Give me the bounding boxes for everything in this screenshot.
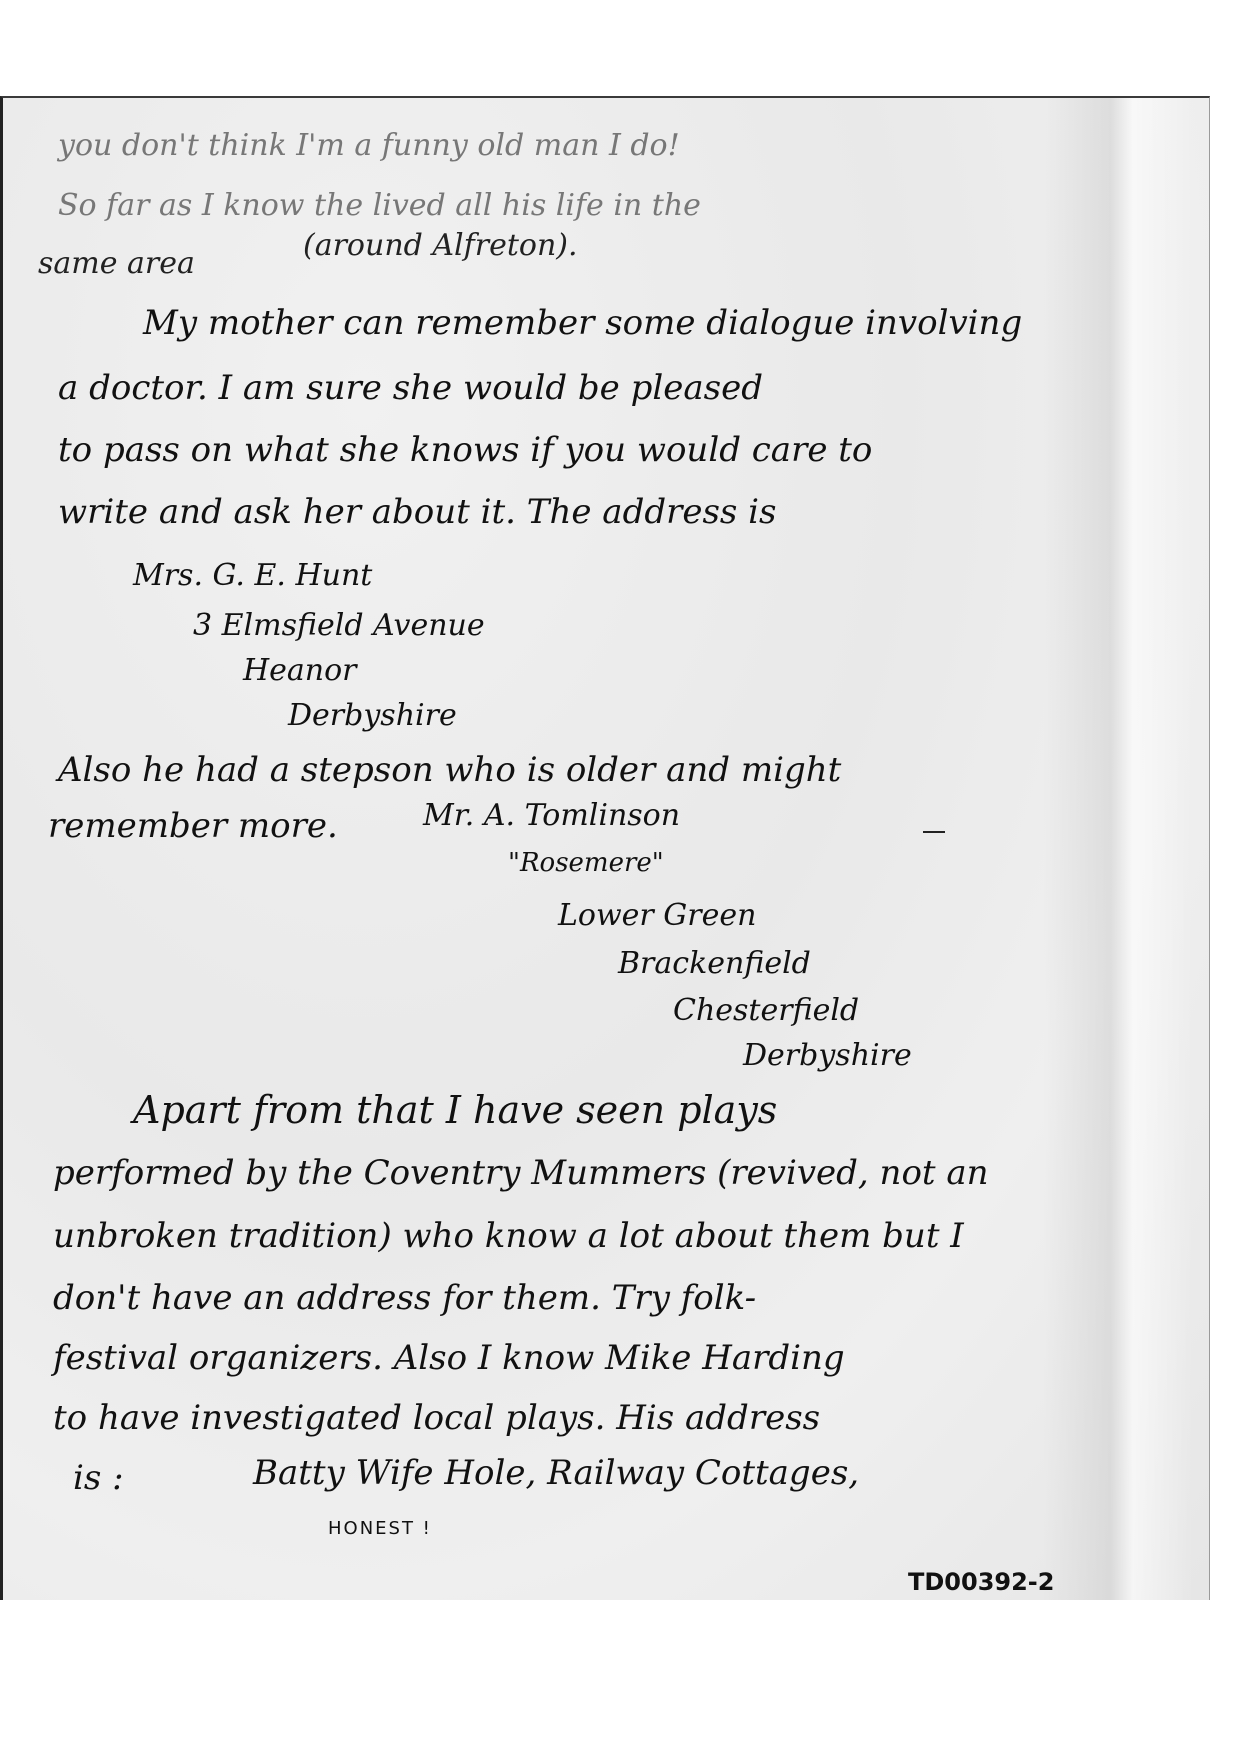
paragraph3-line-8: Batty Wife Hole, Railway Cottages,	[253, 1453, 859, 1493]
address2-name: Mr. A. Tomlinson	[423, 798, 680, 833]
honest-annotation: HONEST !	[328, 1518, 432, 1539]
paragraph3-line-7: is :	[73, 1458, 124, 1498]
address1-street: 3 Elmsfield Avenue	[193, 608, 485, 643]
address2-locality: Lower Green	[558, 898, 756, 933]
paragraph3-line-1: Apart from that I have seen plays	[133, 1088, 777, 1132]
address1-name: Mrs. G. E. Hunt	[133, 558, 372, 593]
paragraph1-line-3: to pass on what she knows if you would c…	[58, 430, 872, 470]
address1-town: Heanor	[243, 653, 357, 688]
address2-town: Chesterfield	[673, 993, 859, 1028]
paragraph3-line-2: performed by the Coventry Mummers (reviv…	[53, 1153, 989, 1193]
paragraph3-line-5: festival organizers. Also I know Mike Ha…	[53, 1338, 845, 1378]
dash-mark	[923, 831, 945, 833]
faint-line-4: (around Alfreton).	[303, 228, 578, 263]
paragraph1-line-4: write and ask her about it. The address …	[58, 492, 777, 532]
faint-line-2: So far as I know the lived all his life …	[58, 188, 701, 223]
address2-village: Brackenfield	[618, 946, 811, 981]
address2-house: "Rosemere"	[508, 848, 664, 878]
scanned-letter-page: you don't think I'm a funny old man I do…	[0, 96, 1210, 1600]
paragraph1-line-1: My mother can remember some dialogue inv…	[143, 303, 1022, 343]
paper-fold-shadow	[1043, 98, 1193, 1600]
paragraph3-line-3: unbroken tradition) who know a lot about…	[53, 1216, 964, 1256]
address1-county: Derbyshire	[288, 698, 457, 733]
faint-line-3: same area	[38, 246, 195, 281]
paragraph2-line-2: remember more.	[48, 806, 338, 846]
paragraph3-line-6: to have investigated local plays. His ad…	[53, 1398, 820, 1438]
reference-number: TD00392-2	[908, 1568, 1054, 1596]
paragraph2-line-1: Also he had a stepson who is older and m…	[58, 750, 841, 790]
paragraph1-line-2: a doctor. I am sure she would be pleased	[58, 368, 763, 408]
faint-line-1: you don't think I'm a funny old man I do…	[58, 128, 680, 163]
paragraph3-line-4: don't have an address for them. Try folk…	[53, 1278, 756, 1318]
address2-county: Derbyshire	[743, 1038, 912, 1073]
